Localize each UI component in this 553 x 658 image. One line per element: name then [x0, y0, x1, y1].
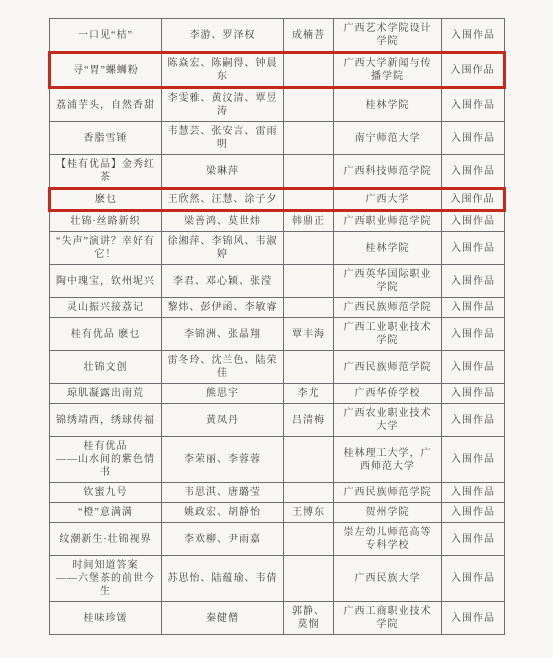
cell-status: 入围作品 — [442, 384, 505, 404]
cell-co-author — [284, 155, 334, 189]
cell-authors: 姚政宏、胡静怡 — [162, 503, 284, 523]
cell-institution: 桂林学院 — [334, 232, 442, 265]
document-page: 一口见“桔” 李游、罗泽权 成楠菩 广西艺术学院设计学院 入围作品 寻“胃”螺蛳… — [0, 0, 553, 635]
cell-institution: 广西大学 — [334, 189, 442, 211]
cell-co-author: 韩鼎正 — [284, 211, 334, 232]
cell-work-title: 寻“胃”螺蛳粉 — [50, 53, 162, 88]
cell-co-author: 王博东 — [284, 503, 334, 523]
cell-authors: 黄凤丹 — [162, 404, 284, 437]
cell-co-author — [284, 232, 334, 265]
table-row-highlighted: 寻“胃”螺蛳粉 陈焱宏、陈嗣得、钟晨东 广西大学新闻与传播学院 入围作品 — [50, 53, 505, 88]
cell-work-title: “失声”演讲？幸好有它！ — [50, 232, 162, 265]
cell-status: 入围作品 — [442, 189, 505, 211]
cell-work-title: 琼肌凝露出南荒 — [50, 384, 162, 404]
cell-institution: 广西农业职业技术大学 — [334, 404, 442, 437]
cell-authors: 韦慧芸、张安言、雷雨明 — [162, 122, 284, 155]
table-row: 桂有优品 麽乜 李锦洲、张晶翔 覃丰海 广西工业职业技术学院 入围作品 — [50, 318, 505, 351]
table-row: 陶中瑰宝，钦州坭兴 李君、邓心颖、张滢 广西英华国际职业学院 入围作品 — [50, 265, 505, 298]
cell-co-author — [284, 556, 334, 602]
cell-co-author: 郭静、莫悯 — [284, 602, 334, 635]
cell-work-title: 麽乜 — [50, 189, 162, 211]
cell-institution: 桂林理工大学，广西师范大学 — [334, 437, 442, 483]
cell-work-title: 时间知道答案 ——六堡茶的前世今生 — [50, 556, 162, 602]
cell-institution: 广西民族大学 — [334, 556, 442, 602]
cell-work-title: 香脂雪锤 — [50, 122, 162, 155]
cell-status: 入围作品 — [442, 298, 505, 318]
table-row-highlighted: 麽乜 王欣然、汪慧、涂子夕 广西大学 入围作品 — [50, 189, 505, 211]
cell-co-author — [284, 483, 334, 503]
cell-work-title: 【桂有优品】金秀红茶 — [50, 155, 162, 189]
cell-institution: 广西科技师范学院 — [334, 155, 442, 189]
cell-institution: 广西民族师范学院 — [334, 351, 442, 384]
cell-status: 入围作品 — [442, 437, 505, 483]
cell-co-author: 成楠菩 — [284, 19, 334, 53]
cell-institution: 广西英华国际职业学院 — [334, 265, 442, 298]
cell-authors: 黎炜、彭伊函、李敏睿 — [162, 298, 284, 318]
table-row: 壮锦·丝路新织 梁善鸿、莫世炜 韩鼎正 广西职业师范学院 入围作品 — [50, 211, 505, 232]
cell-authors: 徐湘萍、李锦风、韦淑婷 — [162, 232, 284, 265]
cell-institution: 崇左幼儿师范高等专科学校 — [334, 523, 442, 556]
table-row: 壮锦文创 雷冬玲、沈兰色、陆荣佳 广西民族师范学院 入围作品 — [50, 351, 505, 384]
table-row: 桂有优品 ——山水间的紫色情书 李荣丽、李蓉蓉 桂林理工大学，广西师范大学 入围… — [50, 437, 505, 483]
cell-work-title: 荔浦芋头，自然香甜 — [50, 88, 162, 122]
cell-authors: 李游、罗泽权 — [162, 19, 284, 53]
cell-work-title: 壮锦文创 — [50, 351, 162, 384]
cell-status: 入围作品 — [442, 232, 505, 265]
cell-authors: 陈焱宏、陈嗣得、钟晨东 — [162, 53, 284, 88]
table-row: 琼肌凝露出南荒 熊思宇 李尤 广西华侨学校 入围作品 — [50, 384, 505, 404]
table-row: 钦蜜九号 韦思淇、唐璐莹 广西民族师范学院 入围作品 — [50, 483, 505, 503]
cell-co-author: 李尤 — [284, 384, 334, 404]
cell-work-title: 桂味珍馐 — [50, 602, 162, 635]
table-row: 灵山振兴接荔记 黎炜、彭伊函、李敏睿 广西民族师范学院 入围作品 — [50, 298, 505, 318]
cell-status: 入围作品 — [442, 483, 505, 503]
table-row: 一口见“桔” 李游、罗泽权 成楠菩 广西艺术学院设计学院 入围作品 — [50, 19, 505, 53]
cell-authors: 秦健僧 — [162, 602, 284, 635]
cell-status: 入围作品 — [442, 351, 505, 384]
cell-status: 入围作品 — [442, 155, 505, 189]
cell-work-title: “橙”意满满 — [50, 503, 162, 523]
cell-authors: 梁善鸿、莫世炜 — [162, 211, 284, 232]
cell-institution: 广西华侨学校 — [334, 384, 442, 404]
cell-status: 入围作品 — [442, 523, 505, 556]
cell-status: 入围作品 — [442, 53, 505, 88]
cell-co-author: 吕清梅 — [284, 404, 334, 437]
cell-co-author — [284, 351, 334, 384]
cell-institution: 桂林学院 — [334, 88, 442, 122]
cell-status: 入围作品 — [442, 122, 505, 155]
cell-status: 入围作品 — [442, 318, 505, 351]
cell-co-author — [284, 437, 334, 483]
cell-authors: 王欣然、汪慧、涂子夕 — [162, 189, 284, 211]
table-row: 香脂雪锤 韦慧芸、张安言、雷雨明 南宁师范大学 入围作品 — [50, 122, 505, 155]
cell-work-title: 桂有优品 ——山水间的紫色情书 — [50, 437, 162, 483]
cell-institution: 广西民族师范学院 — [334, 298, 442, 318]
cell-authors: 韦思淇、唐璐莹 — [162, 483, 284, 503]
cell-authors: 李君、邓心颖、张滢 — [162, 265, 284, 298]
cell-authors: 李荣丽、李蓉蓉 — [162, 437, 284, 483]
cell-work-title: 陶中瑰宝，钦州坭兴 — [50, 265, 162, 298]
cell-status: 入围作品 — [442, 211, 505, 232]
cell-co-author — [284, 523, 334, 556]
cell-co-author — [284, 189, 334, 211]
cell-status: 入围作品 — [442, 556, 505, 602]
cell-co-author — [284, 122, 334, 155]
cell-authors: 梁琳萍 — [162, 155, 284, 189]
table-row: 纹潮新生·壮锦视界 李欢柳、尹雨嘉 崇左幼儿师范高等专科学校 入围作品 — [50, 523, 505, 556]
cell-work-title: 钦蜜九号 — [50, 483, 162, 503]
cell-institution: 广西职业师范学院 — [334, 211, 442, 232]
cell-authors: 李欢柳、尹雨嘉 — [162, 523, 284, 556]
cell-institution: 南宁师范大学 — [334, 122, 442, 155]
cell-work-title: 桂有优品 麽乜 — [50, 318, 162, 351]
table-row: 时间知道答案 ——六堡茶的前世今生 苏思怡、陆蕴瑜、韦倩 广西民族大学 入围作品 — [50, 556, 505, 602]
cell-work-title: 壮锦·丝路新织 — [50, 211, 162, 232]
cell-institution: 广西艺术学院设计学院 — [334, 19, 442, 53]
cell-work-title: 灵山振兴接荔记 — [50, 298, 162, 318]
table-body: 一口见“桔” 李游、罗泽权 成楠菩 广西艺术学院设计学院 入围作品 寻“胃”螺蛳… — [50, 19, 505, 635]
cell-authors: 熊思宇 — [162, 384, 284, 404]
cell-institution: 广西民族师范学院 — [334, 483, 442, 503]
cell-authors: 苏思怡、陆蕴瑜、韦倩 — [162, 556, 284, 602]
cell-co-author — [284, 265, 334, 298]
shortlist-table: 一口见“桔” 李游、罗泽权 成楠菩 广西艺术学院设计学院 入围作品 寻“胃”螺蛳… — [48, 18, 506, 635]
cell-status: 入围作品 — [442, 602, 505, 635]
cell-co-author — [284, 88, 334, 122]
cell-co-author — [284, 53, 334, 88]
cell-institution: 广西大学新闻与传播学院 — [334, 53, 442, 88]
cell-institution: 广西工业职业技术学院 — [334, 318, 442, 351]
cell-authors: 雷冬玲、沈兰色、陆荣佳 — [162, 351, 284, 384]
cell-work-title: 锦绣靖西，绣球传福 — [50, 404, 162, 437]
cell-work-title: 一口见“桔” — [50, 19, 162, 53]
table-row: 锦绣靖西，绣球传福 黄凤丹 吕清梅 广西农业职业技术大学 入围作品 — [50, 404, 505, 437]
cell-authors: 李锦洲、张晶翔 — [162, 318, 284, 351]
cell-status: 入围作品 — [442, 19, 505, 53]
cell-status: 入围作品 — [442, 404, 505, 437]
table-row: “失声”演讲？幸好有它！ 徐湘萍、李锦风、韦淑婷 桂林学院 入围作品 — [50, 232, 505, 265]
cell-co-author: 覃丰海 — [284, 318, 334, 351]
table-row: “橙”意满满 姚政宏、胡静怡 王博东 贺州学院 入围作品 — [50, 503, 505, 523]
cell-status: 入围作品 — [442, 503, 505, 523]
cell-status: 入围作品 — [442, 88, 505, 122]
cell-status: 入围作品 — [442, 265, 505, 298]
cell-work-title: 纹潮新生·壮锦视界 — [50, 523, 162, 556]
table-row: 荔浦芋头，自然香甜 李雯雅、黄汶清、覃昱涛 桂林学院 入围作品 — [50, 88, 505, 122]
table-row: 桂味珍馐 秦健僧 郭静、莫悯 广西工商职业技术学院 入围作品 — [50, 602, 505, 635]
cell-institution: 广西工商职业技术学院 — [334, 602, 442, 635]
cell-co-author — [284, 298, 334, 318]
table-row: 【桂有优品】金秀红茶 梁琳萍 广西科技师范学院 入围作品 — [50, 155, 505, 189]
cell-institution: 贺州学院 — [334, 503, 442, 523]
cell-authors: 李雯雅、黄汶清、覃昱涛 — [162, 88, 284, 122]
